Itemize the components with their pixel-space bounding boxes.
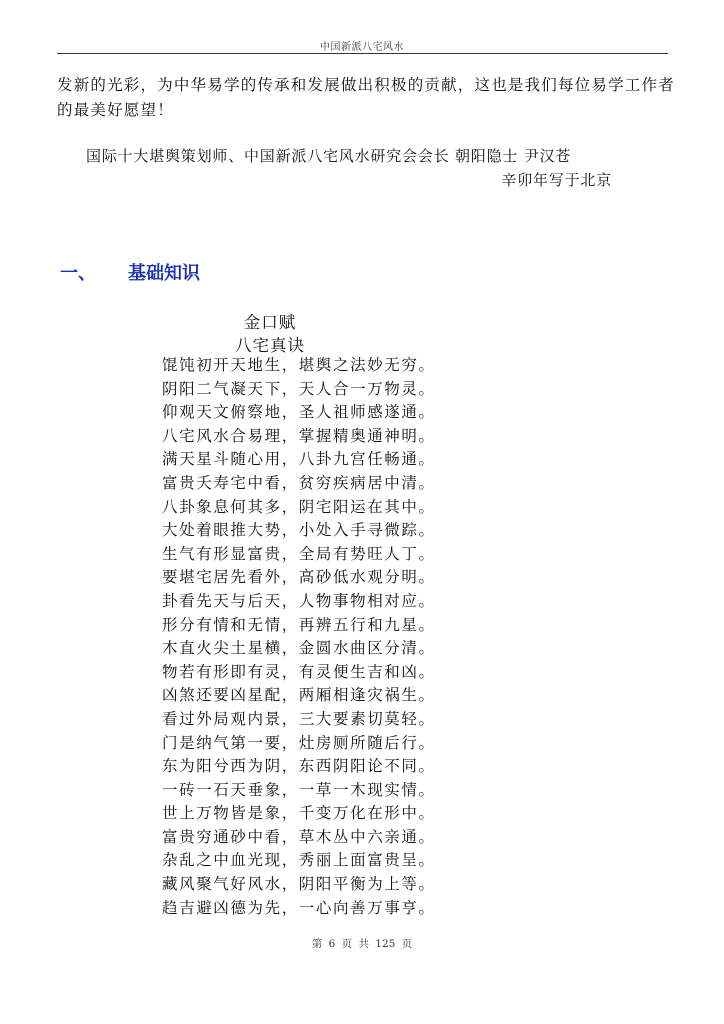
poem-line: 藏风聚气好风水，阴阳平衡为上等。 xyxy=(162,873,462,897)
poem-line: 看过外局观内景，三大要素切莫轻。 xyxy=(162,708,462,732)
poem-line: 富贵夭寿宅中看，贫穷疾病居中清。 xyxy=(162,472,462,496)
section-title: 基础知识 xyxy=(128,263,200,284)
signature-author: 国际十大堪舆策划师、中国新派八宅风水研究会会长 朝阳隐士 尹汉苍 xyxy=(86,144,612,168)
poem-line: 要堪宅居先看外，高砂低水观分明。 xyxy=(162,566,462,590)
page-number-footer: 第 6 页 共 125 页 xyxy=(0,936,724,951)
poem-line: 大处着眼推大势，小处入手寻微踪。 xyxy=(162,519,462,543)
intro-paragraph: 发新的光彩，为中华易学的传承和发展做出积极的贡献，这也是我们每位易学工作者的最美… xyxy=(57,73,677,123)
poem-line: 门是纳气第一要，灶房厕所随后行。 xyxy=(162,732,462,756)
poem-line: 阴阳二气凝天下，天人合一万物灵。 xyxy=(162,378,462,402)
poem-line: 杂乱之中血光现，秀丽上面富贵呈。 xyxy=(162,849,462,873)
poem-line: 形分有情和无情，再辨五行和九星。 xyxy=(162,614,462,638)
poem-line: 八宅风水合易理，掌握精奥通神明。 xyxy=(162,425,462,449)
poem-title: 金口赋 xyxy=(0,309,540,333)
signature-date-place: 辛卯年写于北京 xyxy=(86,168,612,192)
section-number: 一、 xyxy=(60,259,128,285)
poem-line: 八卦象息何其多，阴宅阳运在其中。 xyxy=(162,496,462,520)
header-divider xyxy=(57,53,668,54)
poem-body: 馄饨初开天地生，堪舆之法妙无穷。 阴阳二气凝天下，天人合一万物灵。 仰观天文俯察… xyxy=(162,354,462,920)
section-heading: 一、基础知识 xyxy=(60,259,200,285)
poem-line: 富贵穷通砂中看，草木丛中六亲通。 xyxy=(162,826,462,850)
poem-line: 趋吉避凶德为先，一心向善万事亨。 xyxy=(162,897,462,921)
poem-line: 东为阳兮西为阴，东西阴阳论不同。 xyxy=(162,755,462,779)
poem-line: 木直火尖土星横，金圆水曲区分清。 xyxy=(162,637,462,661)
poem-line: 凶煞还要凶星配，两厢相逢灾祸生。 xyxy=(162,684,462,708)
poem-line: 满天星斗随心用，八卦九宫任畅通。 xyxy=(162,448,462,472)
poem-line: 馄饨初开天地生，堪舆之法妙无穷。 xyxy=(162,354,462,378)
poem-line: 生气有形显富贵，全局有势旺人丁。 xyxy=(162,543,462,567)
poem-line: 卦看先天与后天，人物事物相对应。 xyxy=(162,590,462,614)
poem-line: 物若有形即有灵，有灵便生吉和凶。 xyxy=(162,661,462,685)
poem-line: 一砖一石天垂象，一草一木现实情。 xyxy=(162,779,462,803)
poem-subtitle: 八宅真诀 xyxy=(0,332,540,356)
signature-block: 国际十大堪舆策划师、中国新派八宅风水研究会会长 朝阳隐士 尹汉苍 辛卯年写于北京 xyxy=(86,144,612,192)
poem-line: 仰观天文俯察地，圣人祖师感遂通。 xyxy=(162,401,462,425)
poem-line: 世上万物皆是象，千变万化在形中。 xyxy=(162,802,462,826)
running-header-title: 中国新派八宅风水 xyxy=(0,38,724,53)
